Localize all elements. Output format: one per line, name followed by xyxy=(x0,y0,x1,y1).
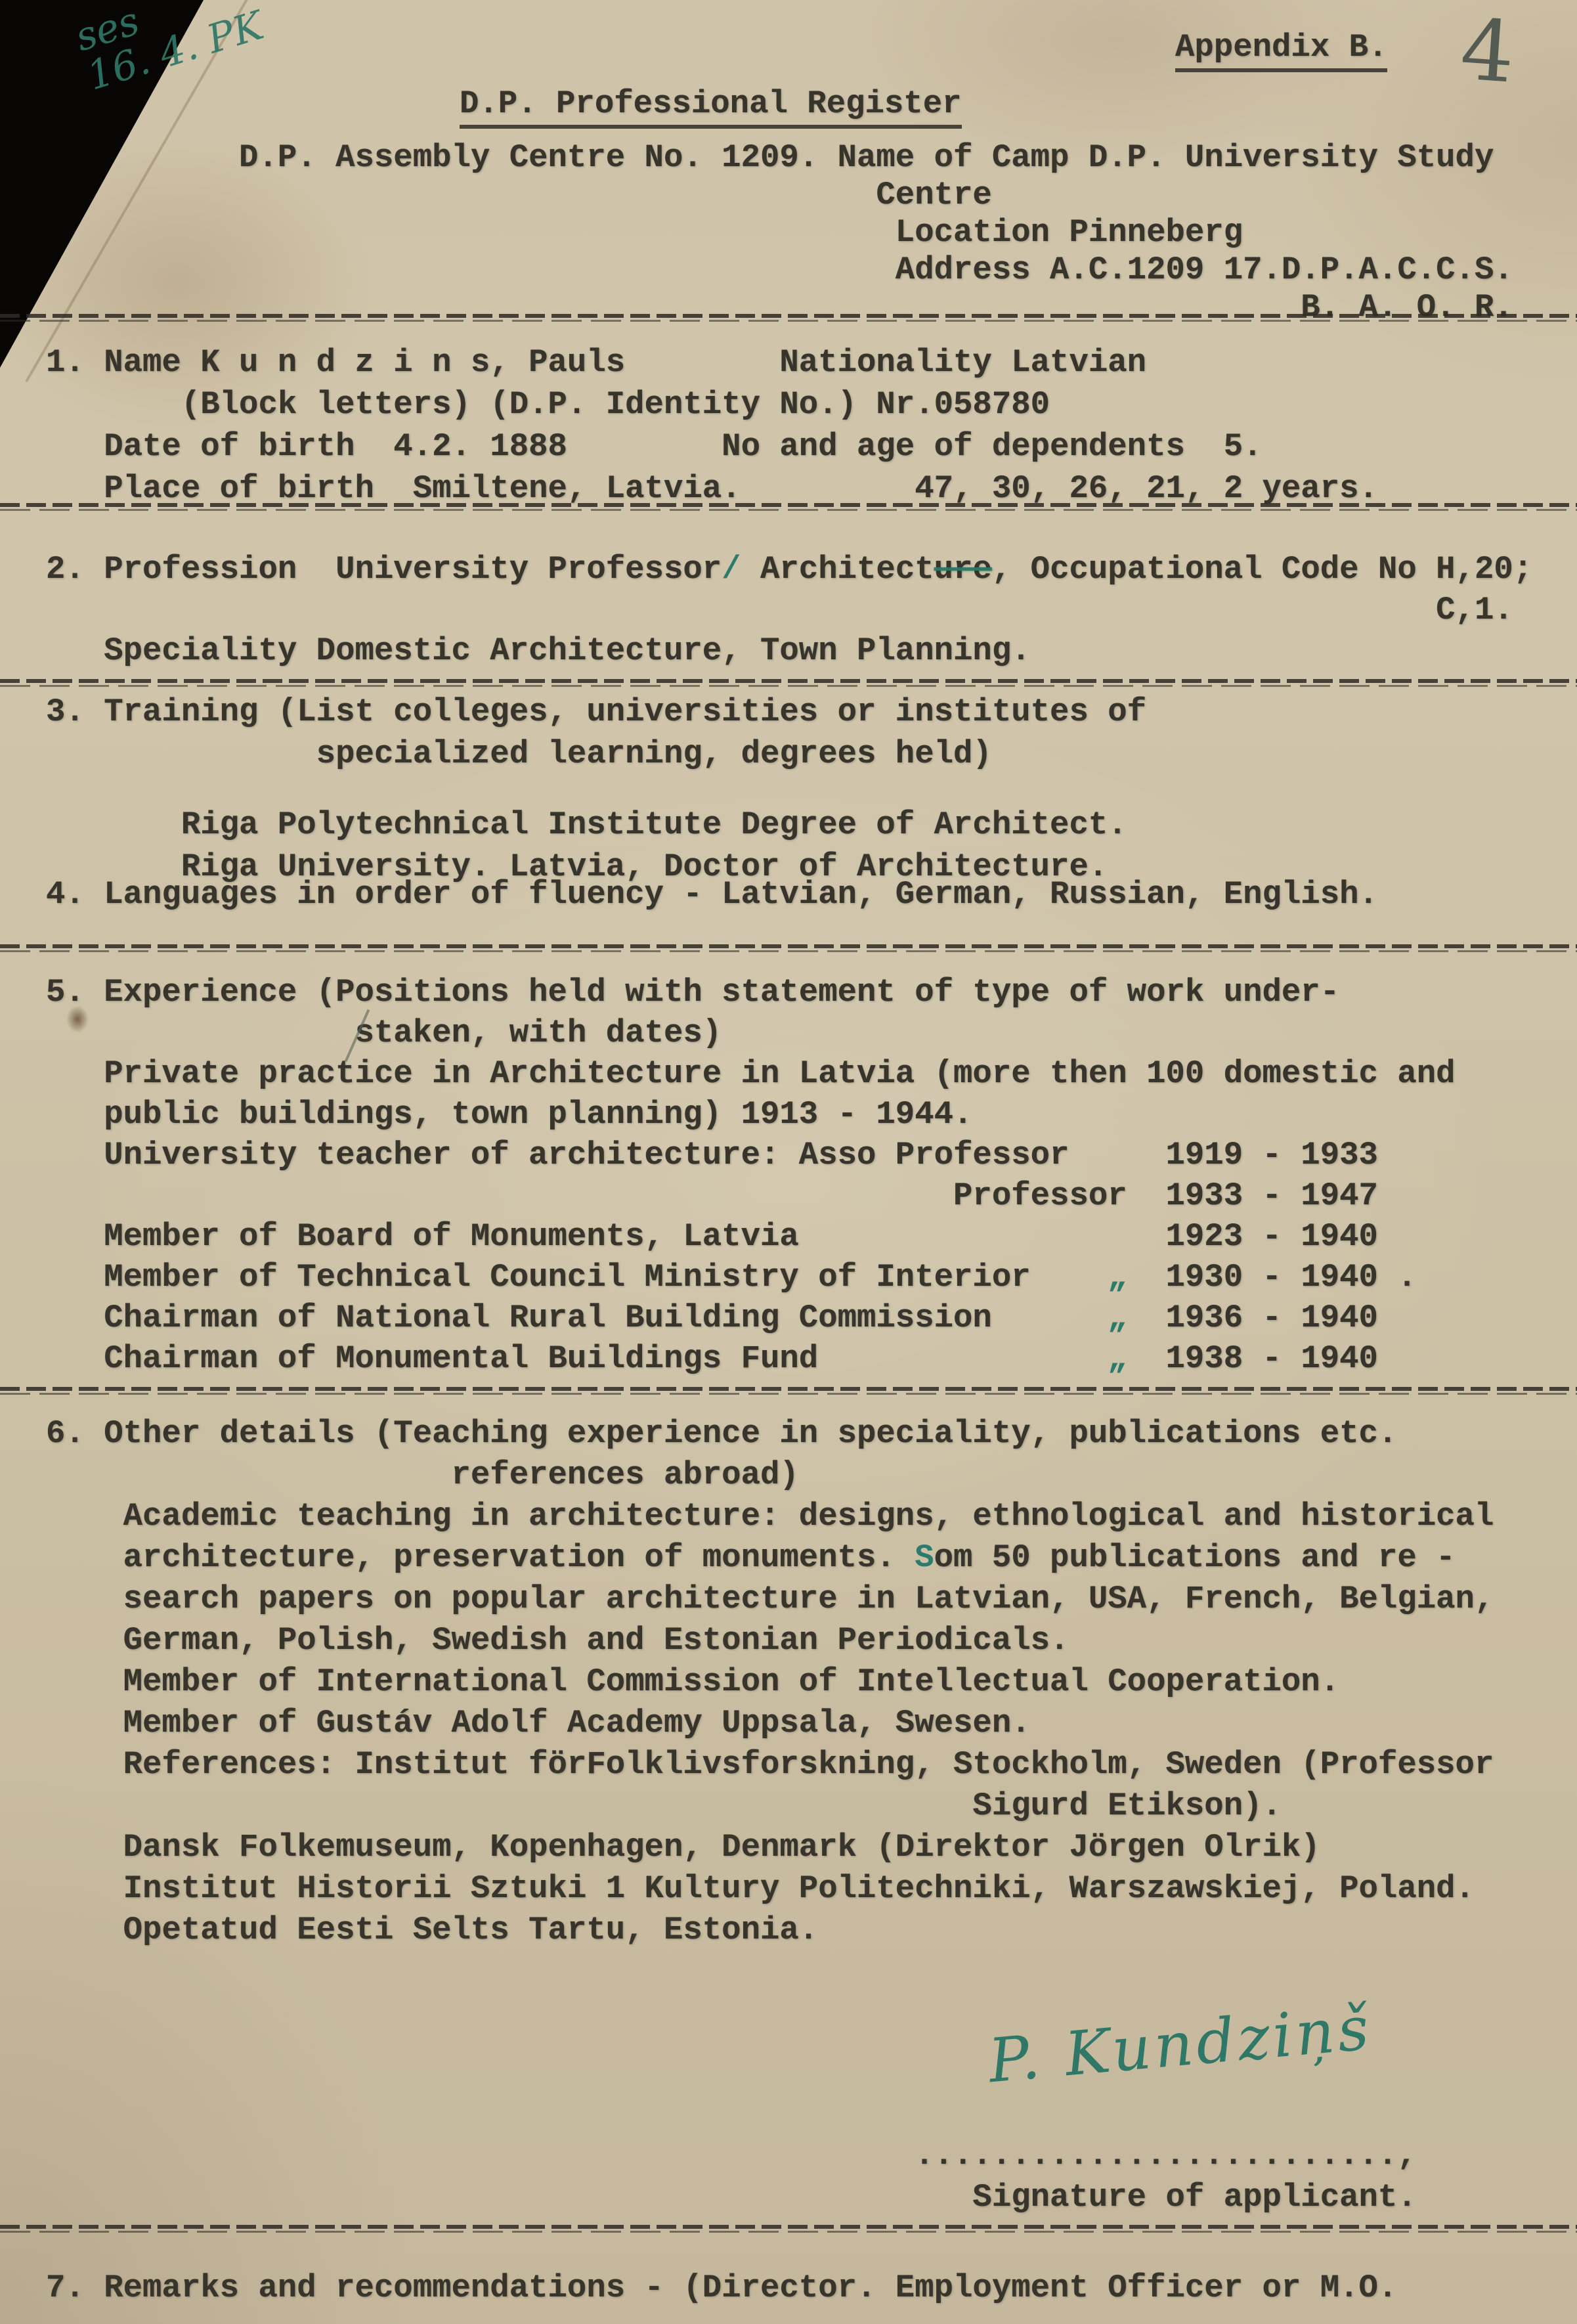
section-1-name: 1. Name K u n d z i n s, Pauls Nationali… xyxy=(46,341,1557,510)
section-7-remarks: 7. Remarks and recommendations - (Direct… xyxy=(46,2267,1557,2309)
references-line: References: Institut förFolklivsforsknin… xyxy=(46,1744,1557,1786)
form-header: D.P. Assembly Centre No. 1209. Name of C… xyxy=(46,139,1557,326)
struck-text: ure xyxy=(934,551,992,588)
section-divider xyxy=(0,1387,1577,1395)
experience-row: Professor 1933 - 1947 xyxy=(46,1175,1557,1216)
languages-line: 4. Languages in order of fluency - Latvi… xyxy=(46,873,1557,915)
section-4-languages: 4. Languages in order of fluency - Latvi… xyxy=(46,873,1557,915)
section-divider xyxy=(0,503,1577,511)
corner-annotation: ses 16. 4. PK xyxy=(71,0,268,97)
training-entry-line: Riga Polytechnical Institute Degree of A… xyxy=(46,804,1557,846)
header-line-camp: D.P. Assembly Centre No. 1209. Name of C… xyxy=(46,139,1557,177)
section-6-other-details: 6. Other details (Teaching experience in… xyxy=(46,1413,1557,1951)
other-details-text-line: search papers on popular architecture in… xyxy=(46,1579,1557,1620)
experience-label-line2: staken, with dates) xyxy=(46,1013,1557,1053)
page-title: D.P. Professional Register xyxy=(460,83,962,125)
section-divider xyxy=(0,679,1577,687)
other-details-text-line: architecture, preservation of monuments.… xyxy=(46,1537,1557,1579)
header-line-address: Address A.C.1209 17.D.P.A.C.C.S. xyxy=(46,252,1557,289)
references-line: Opetatud Eesti Selts Tartu, Estonia. xyxy=(46,1910,1557,1951)
ditto-mark: „ xyxy=(1108,1259,1127,1296)
experience-row: University teacher of architecture: Asso… xyxy=(46,1135,1557,1175)
section-3-training: 3. Training (List colleges, universities… xyxy=(46,691,1557,888)
document-page: ses 16. 4. PK Appendix B. 4 D.P. Profess… xyxy=(0,0,1577,2324)
other-details-text-line: German, Polish, Swedish and Estonian Per… xyxy=(46,1620,1557,1661)
references-line: Institut Historii Sztuki 1 Kultury Polit… xyxy=(46,1868,1557,1910)
section-5-experience: 5. Experience (Positions held with state… xyxy=(46,972,1557,1379)
occupational-code-line: C,1. xyxy=(46,590,1557,630)
ditto-mark: „ xyxy=(1108,1300,1127,1336)
identity-number-line: (Block letters) (D.P. Identity No.) Nr.0… xyxy=(46,384,1557,426)
signature-caption: Signature of applicant. xyxy=(46,2176,1557,2218)
ditto-mark: „ xyxy=(1108,1340,1127,1377)
training-label-line: 3. Training (List colleges, universities… xyxy=(46,691,1557,733)
references-line: Sigurd Etikson). xyxy=(46,1786,1557,1827)
experience-row: Chairman of National Rural Building Comm… xyxy=(46,1298,1557,1338)
profession-line: 2. Profession University Professor/ Arch… xyxy=(46,549,1557,590)
references-line: Dansk Folkemuseum, Kopenhagen, Denmark (… xyxy=(46,1827,1557,1868)
speciality-line: Speciality Domestic Architecture, Town P… xyxy=(46,630,1557,671)
section-divider xyxy=(0,944,1577,952)
experience-label-line: 5. Experience (Positions held with state… xyxy=(46,972,1557,1013)
header-line-location: Location Pinneberg xyxy=(46,214,1557,252)
signature-dotted-line: ........................., xyxy=(46,2134,1557,2176)
name-line: 1. Name K u n d z i n s, Pauls Nationali… xyxy=(46,341,1557,384)
applicant-signature: P. Kundziņš xyxy=(985,1993,1374,2097)
experience-row: Member of Technical Council Ministry of … xyxy=(46,1257,1557,1298)
experience-text-line: Private practice in Architecture in Latv… xyxy=(46,1053,1557,1094)
training-label-line2: specialized learning, degrees held) xyxy=(46,733,1557,775)
green-overwrite-letter: S xyxy=(915,1539,934,1576)
pencil-slash-mark: s xyxy=(355,1013,374,1053)
other-details-text-line: Member of Gustáv Adolf Academy Uppsala, … xyxy=(46,1703,1557,1744)
experience-text-line: public buildings, town planning) 1913 - … xyxy=(46,1094,1557,1135)
header-line-centre: Centre xyxy=(46,177,1557,214)
remarks-line: 7. Remarks and recommendations - (Direct… xyxy=(46,2267,1557,2309)
handwritten-page-number: 4 xyxy=(1458,1,1518,102)
other-details-text-line: Academic teaching in architecture: desig… xyxy=(46,1496,1557,1537)
section-2-profession: 2. Profession University Professor/ Arch… xyxy=(46,549,1557,671)
experience-row: Chairman of Monumental Buildings Fund „ … xyxy=(46,1338,1557,1379)
other-details-text-line: Member of International Commission of In… xyxy=(46,1661,1557,1703)
green-insert-mark: / xyxy=(722,551,741,588)
section-divider xyxy=(0,314,1577,322)
section-divider xyxy=(0,2225,1577,2233)
experience-row: Member of Board of Monuments, Latvia 192… xyxy=(46,1216,1557,1257)
other-details-label-line: 6. Other details (Teaching experience in… xyxy=(46,1413,1557,1455)
appendix-label: Appendix B. xyxy=(1175,26,1387,68)
date-of-birth-line: Date of birth 4.2. 1888 No and age of de… xyxy=(46,426,1557,468)
other-details-label-line2: references abroad) xyxy=(46,1455,1557,1496)
signature-block: ........................., Signature of … xyxy=(46,2134,1557,2218)
